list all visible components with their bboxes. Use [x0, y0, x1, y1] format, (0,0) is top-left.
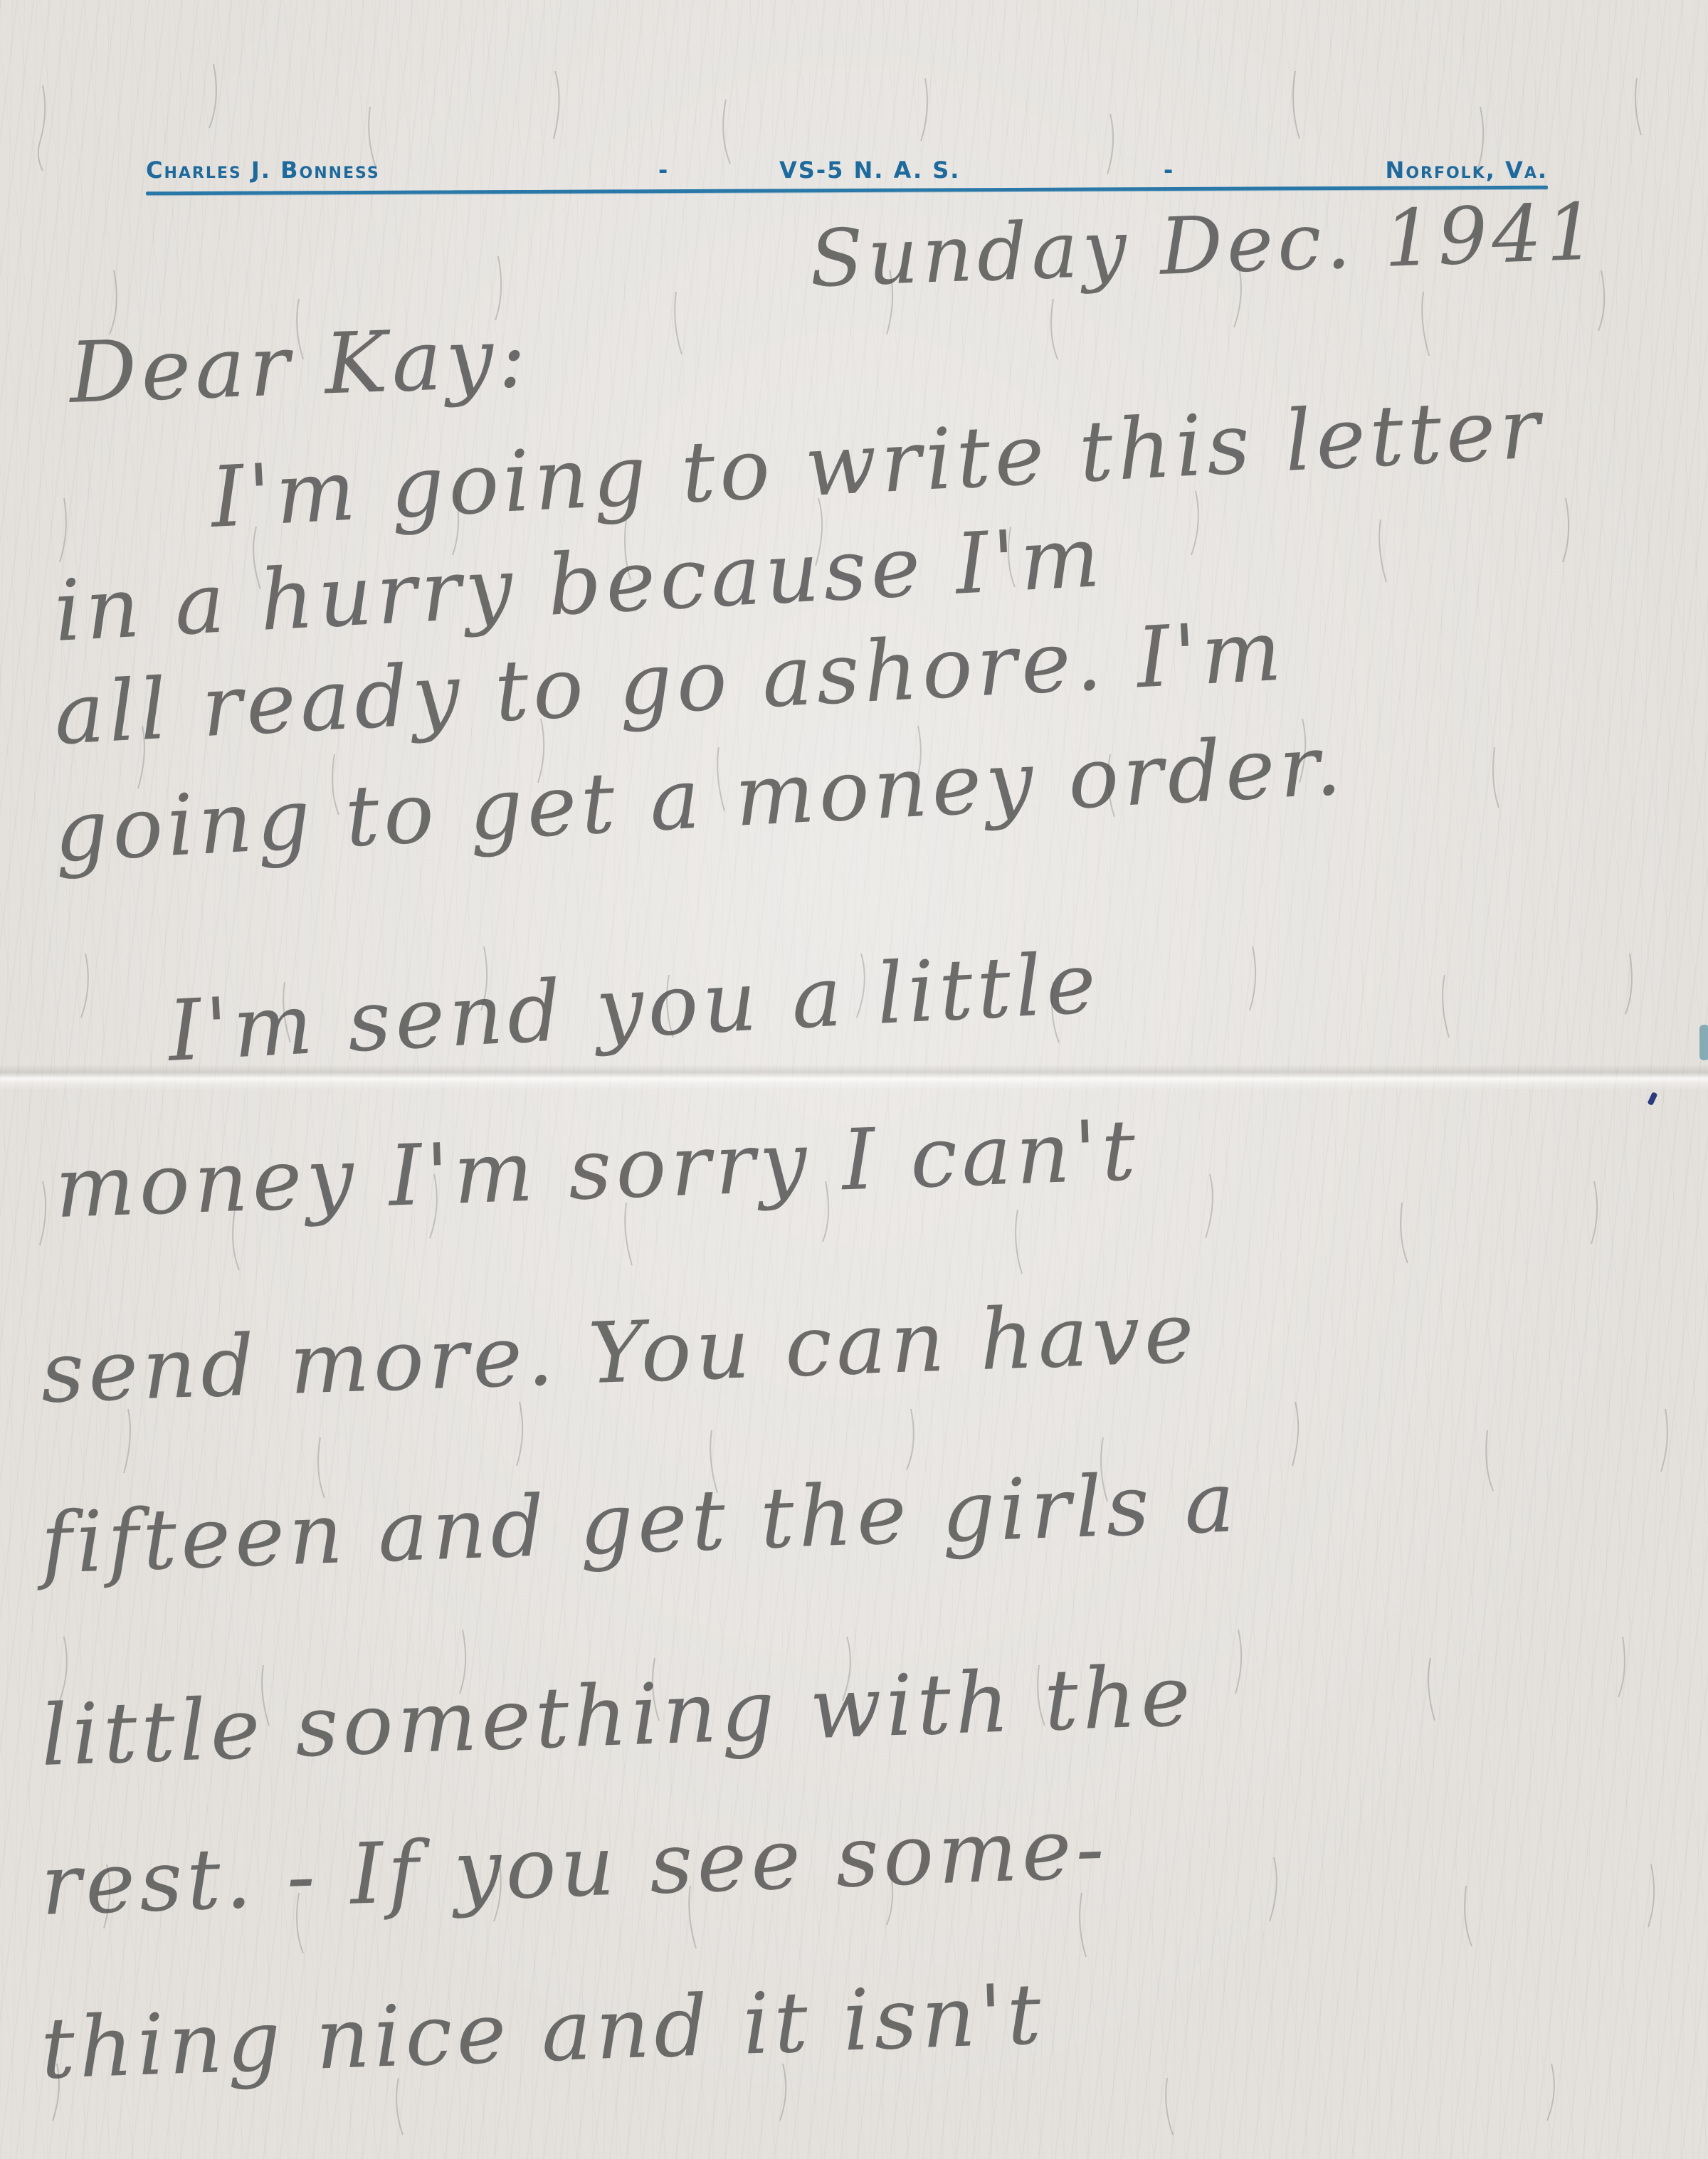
letterhead-location: Norfolk, Va.	[1386, 157, 1548, 184]
letterhead-separator: -	[658, 157, 669, 184]
letter-line: fifteen and get the girls a	[39, 1452, 1240, 1593]
letterhead-name: Charles J. Bonness	[146, 157, 380, 184]
letter-salutation: Dear Kay:	[68, 307, 532, 422]
letterhead-separator: -	[1164, 157, 1174, 184]
letter-line: thing nice and it isn't	[39, 1965, 1047, 2098]
edge-stain	[1699, 1025, 1708, 1060]
letter-date: Sunday Dec. 1941	[808, 186, 1602, 305]
letter-line: money I'm sorry I can't	[53, 1101, 1141, 1237]
letter-page: Charles J. Bonness - VS-5 N. A. S. - Nor…	[0, 0, 1708, 2159]
letter-line: I'm send you a little	[166, 934, 1102, 1080]
ink-speck	[1648, 1092, 1658, 1106]
letter-line: rest. - If you see some-	[39, 1799, 1109, 1934]
letter-line: little something with the	[39, 1646, 1196, 1785]
letter-line: send more. You can have	[39, 1283, 1199, 1422]
letterhead-unit: VS-5 N. A. S.	[779, 157, 960, 184]
